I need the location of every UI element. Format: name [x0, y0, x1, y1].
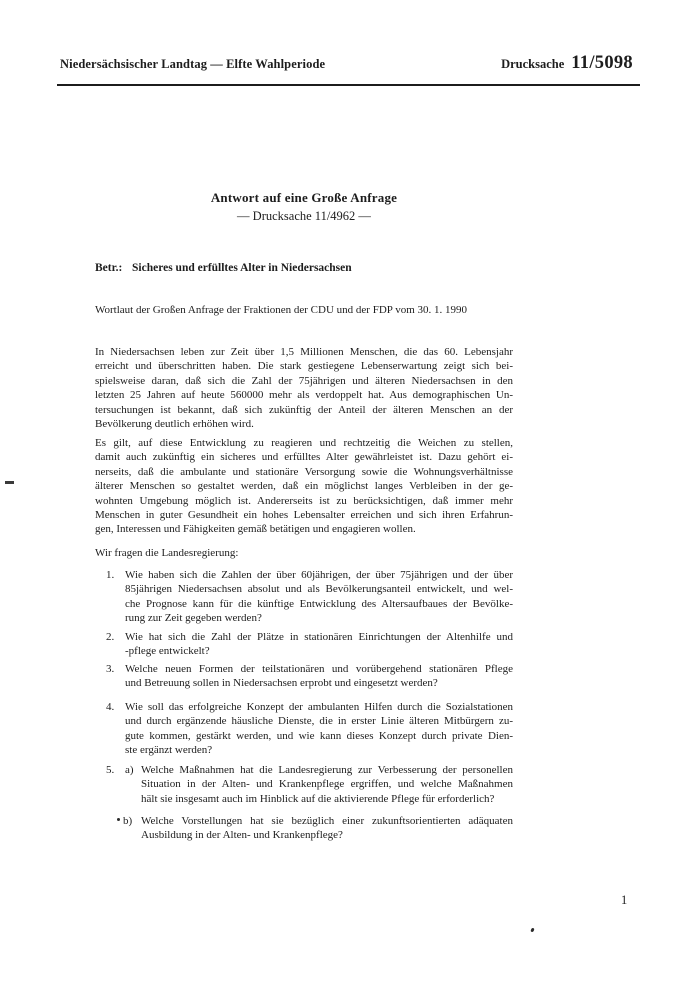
question-number: 5. [95, 763, 125, 777]
question-text: Welche neuen Formen der teilstationären … [125, 662, 513, 691]
text-line: Welche Vorstellungen hat sie bezüglich e… [141, 814, 513, 828]
question-item: 5. a) Welche Maßnahmen hat die Landesreg… [95, 763, 513, 806]
ink-speck [530, 928, 534, 933]
paragraph: Es gilt, auf diese Entwicklung zu reagie… [95, 436, 513, 537]
text-line: und durch ergänzende häusliche Dienste, … [125, 714, 513, 728]
document-page: Niedersächsischer Landtag — Elfte Wahlpe… [0, 0, 700, 990]
subject-label: Betr.: [95, 261, 132, 275]
text-line: tersuchungen ist bekannt, daß sich zukün… [95, 403, 513, 417]
question-item: 4. Wie soll das erfolgreiche Konzept der… [95, 700, 513, 758]
text-line: gute kommen, gestärkt werden, und wie ka… [125, 729, 513, 743]
text-line: In Niedersachsen leben zur Zeit über 1,5… [95, 345, 513, 359]
preamble-line: Wortlaut der Großen Anfrage der Fraktion… [95, 303, 535, 317]
subject-line: Betr.: Sicheres und erfülltes Alter in N… [95, 261, 513, 275]
text-line: 85jährigen Niedersachsen absolut und als… [125, 582, 513, 596]
text-line: Wie soll das erfolgreiche Konzept der am… [125, 700, 513, 714]
question-item: b) Welche Vorstellungen hat sie bezüglic… [95, 814, 513, 843]
text-line: spielsweise daran, daß sich die Zahl der… [95, 374, 513, 388]
doc-title-block: Antwort auf eine Große Anfrage — Drucksa… [95, 190, 513, 224]
doc-subtitle: — Drucksache 11/4962 — [95, 209, 513, 224]
question-text: Wie soll das erfolgreiche Konzept der am… [125, 700, 513, 758]
text-line: Welche neuen Formen der teilstationären … [125, 662, 513, 676]
doc-title: Antwort auf eine Große Anfrage [95, 190, 513, 206]
question-number: 1. [95, 568, 125, 582]
sub-question-label: b) [123, 814, 141, 828]
question-item: 1. Wie haben sich die Zahlen der über 60… [95, 568, 513, 626]
text-line: Wie haben sich die Zahlen der über 60jäh… [125, 568, 513, 582]
question-text: Welche Maßnahmen hat die Landesregierung… [141, 763, 513, 806]
sub-question-label: a) [125, 763, 141, 777]
question-text: Wie haben sich die Zahlen der über 60jäh… [125, 568, 513, 626]
text-line: letzten 25 Jahren auf heute 560000 mehr … [95, 388, 513, 402]
text-line: Situation in der Alten- und Krankenpfleg… [141, 777, 513, 791]
text-line: und Betreuung sollen in Niedersachsen er… [125, 676, 513, 690]
text-line: Ausbildung in der Alten- und Krankenpfle… [141, 828, 513, 842]
question-item: 2. Wie hat sich die Zahl der Plätze in s… [95, 630, 513, 659]
text-line: erreicht und überschritten haben. Die st… [95, 359, 513, 373]
paragraph: In Niedersachsen leben zur Zeit über 1,5… [95, 345, 513, 431]
text-line: Welche Maßnahmen hat die Landesregierung… [141, 763, 513, 777]
text-line: Menschen in guter Gesundheit ein hohes L… [95, 508, 513, 522]
document-header: Niedersächsischer Landtag — Elfte Wahlpe… [60, 53, 633, 74]
drucksache-number: 11/5098 [571, 53, 633, 74]
text-line: che Prognose kann für die künftige Entwi… [125, 597, 513, 611]
text-line: gen, Interessen und Fähigkeiten gemäß be… [95, 522, 513, 536]
question-number: 2. [95, 630, 125, 644]
text-line: damit auch zukünftig ein sicheres und er… [95, 450, 513, 464]
header-left-title: Niedersächsischer Landtag — Elfte Wahlpe… [60, 57, 325, 72]
question-text: Wie hat sich die Zahl der Plätze in stat… [125, 630, 513, 659]
header-rule [57, 84, 640, 86]
drucksache-label: Drucksache [501, 57, 564, 72]
question-item: 3. Welche neuen Formen der teilstationär… [95, 662, 513, 691]
text-line: -pflege entwickelt? [125, 644, 513, 658]
header-right: Drucksache 11/5098 [501, 53, 633, 74]
question-number: 3. [95, 662, 125, 676]
page-number: 1 [621, 893, 627, 908]
text-line: älterer Menschen so gestaltet werden, da… [95, 479, 513, 493]
subject-text: Sicheres und erfülltes Alter in Niedersa… [132, 261, 352, 275]
text-line: Wie hat sich die Zahl der Plätze in stat… [125, 630, 513, 644]
text-line: wohnten Umgebung möglich ist. Anderersei… [95, 494, 513, 508]
question-text: Welche Vorstellungen hat sie bezüglich e… [141, 814, 513, 843]
text-line: Es gilt, auf diese Entwicklung zu reagie… [95, 436, 513, 450]
questions-intro: Wir fragen die Landesregierung: [95, 546, 513, 560]
text-line: ste ergänzt werden? [125, 743, 513, 757]
text-line: hält sie insgesamt auch im Hinblick auf … [141, 792, 513, 806]
text-line: nerseits, daß die ambulante und stationä… [95, 465, 513, 479]
ink-speck [117, 818, 120, 821]
text-line: Bevölkerung deutlich erhöhen wird. [95, 417, 513, 431]
fold-mark [5, 481, 14, 484]
text-line: rung zur Zeit gegeben werden? [125, 611, 513, 625]
question-number: 4. [95, 700, 125, 714]
